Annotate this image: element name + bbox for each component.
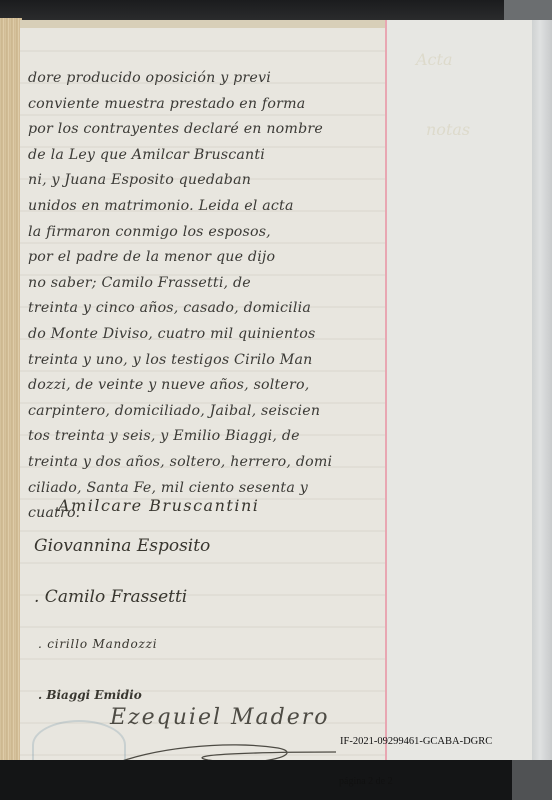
signature-witness-2: . Biaggi Emidio — [38, 688, 142, 702]
scanned-document: Acta notas dore producido oposición y pr… — [0, 0, 552, 800]
scanner-top-border — [0, 0, 552, 20]
book-page-edges — [0, 18, 22, 760]
signature-block: Amilcare Bruscantini Giovannina Esposito… — [20, 20, 386, 760]
signature-father: . Camilo Frassetti — [34, 587, 187, 607]
page-number-label: página 2 de 2 — [339, 776, 393, 787]
bleed-through-text: notas — [426, 120, 470, 139]
ledger-page: Acta notas dore producido oposición y pr… — [20, 20, 532, 760]
signature-groom: Amilcare Bruscantini — [58, 496, 259, 515]
signature-witness-1: . cirillo Mandozzi — [38, 637, 157, 651]
signature-officer: Ezequiel Madero — [110, 705, 330, 730]
document-id-label: IF-2021-09299461-GCABA-DGRC — [340, 736, 492, 747]
scanner-corner — [512, 760, 552, 800]
bleed-through-text: Acta — [416, 50, 452, 69]
scanner-bottom-border — [0, 760, 552, 800]
signature-bride: Giovannina Esposito — [34, 536, 210, 556]
page-fold-shadow — [532, 20, 552, 760]
right-margin-column: Acta notas — [386, 20, 532, 760]
scanner-corner — [504, 0, 552, 20]
